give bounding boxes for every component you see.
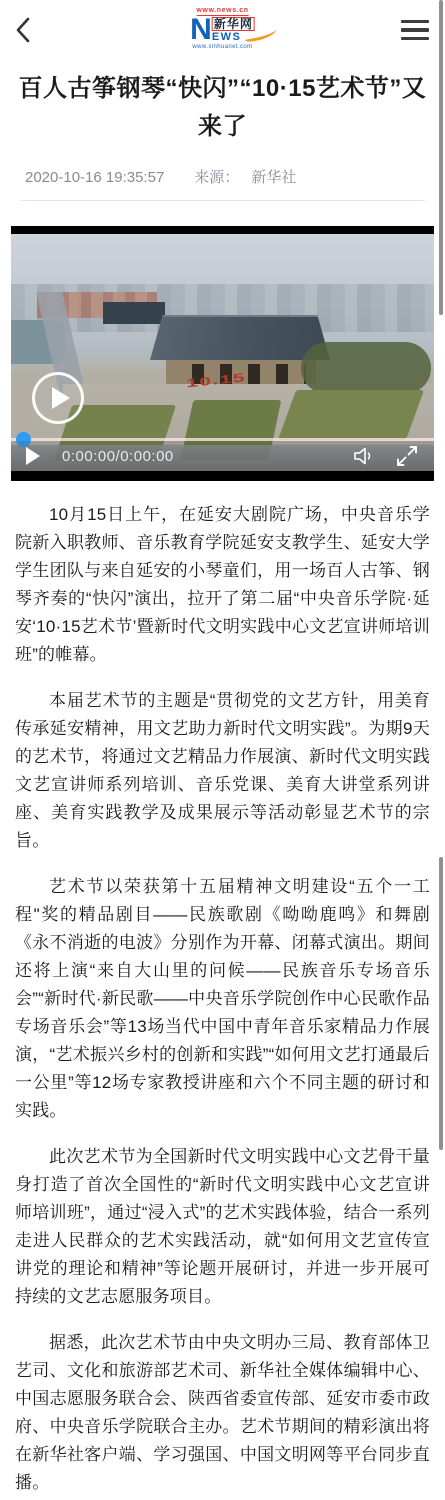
paragraph: 据悉，此次艺术节由中央文明办三局、教育部体卫艺司、文化和旅游部艺术司、新华社全媒…	[15, 1329, 430, 1497]
logo-mark: N 新华网 EWS	[190, 17, 255, 43]
publish-datetime: 2020-10-16 19:35:57	[25, 169, 164, 186]
article-title: 百人古筝钢琴“快闪”“10·15艺术节”又来了	[10, 70, 435, 146]
video-poster-frame: 10.15	[11, 234, 434, 471]
video-controls: 0:00:00/0:00:00	[11, 441, 434, 471]
hamburger-icon	[401, 20, 429, 24]
trees-graphic	[301, 342, 431, 394]
scrollbar-thumb[interactable]	[439, 857, 443, 1150]
chevron-left-icon	[14, 16, 32, 44]
big-play-button[interactable]	[32, 372, 84, 424]
logo-chinese-name: 新华网	[212, 17, 255, 31]
building-graphic	[103, 302, 165, 324]
video-player[interactable]: 10.15 0:00:00/0:00:00	[11, 226, 434, 481]
article-body: 10月15日上午，在延安大剧院广场，中央音乐学院新入职教师、音乐教育学院延安支教…	[15, 501, 430, 1497]
fullscreen-icon[interactable]	[395, 444, 419, 468]
back-button[interactable]	[14, 13, 48, 47]
logo-n-letter: N	[190, 17, 211, 43]
source-label: 来源：	[194, 166, 239, 187]
paragraph: 本届艺术节的主题是“贯彻党的文艺方针，用美育传承延安精神，用文艺助力新时代文明实…	[15, 687, 430, 855]
paragraph: 此次艺术节为全国新时代文明实践中心文艺骨干量身打造了首次全国性的“新时代文明实践…	[15, 1143, 430, 1311]
divider	[20, 200, 425, 201]
article-page: www.news.cn N 新华网 EWS www.xinhuanet.com …	[0, 0, 445, 1500]
paragraph: 艺术节以荣获第十五届精神文明建设“五个一工程"奖的精品剧目——民族歌剧《呦呦鹿鸣…	[15, 873, 430, 1125]
logo-ews-letters: EWS	[212, 32, 242, 43]
scrollbar-thumb[interactable]	[439, 0, 443, 315]
article-meta: 2020-10-16 19:35:57 来源： 新华社	[25, 166, 445, 187]
menu-button[interactable]	[401, 13, 431, 47]
paragraph: 10月15日上午，在延安大剧院广场，中央音乐学院新入职教师、音乐教育学院延安支教…	[15, 501, 430, 669]
source-name[interactable]: 新华社	[251, 166, 296, 187]
header: www.news.cn N 新华网 EWS www.xinhuanet.com	[0, 0, 445, 60]
lawn-graphic	[278, 390, 424, 440]
play-button[interactable]	[26, 447, 40, 465]
theatre-roof-graphic	[150, 315, 330, 360]
volume-icon[interactable]	[351, 445, 377, 467]
xinhuanet-logo[interactable]: www.news.cn N 新华网 EWS www.xinhuanet.com	[190, 7, 255, 50]
video-time-display: 0:00:00/0:00:00	[62, 448, 174, 465]
play-icon	[52, 387, 70, 409]
